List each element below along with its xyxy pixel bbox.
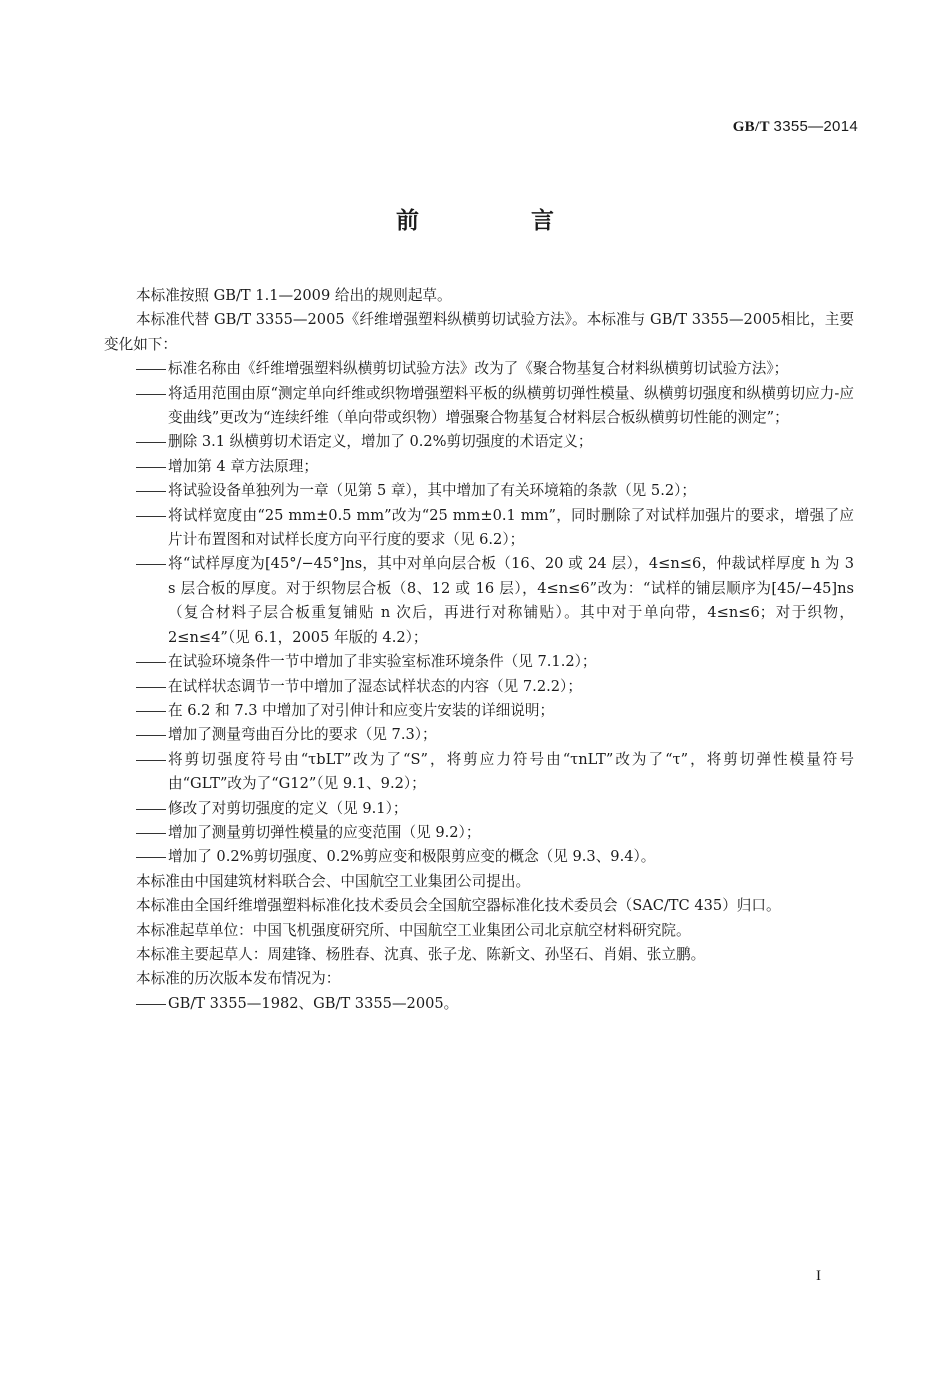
list-item: 增加第 4 章方法原理；: [104, 455, 854, 479]
standard-prefix: GB/T: [733, 119, 770, 135]
page-number: I: [816, 1268, 821, 1285]
list-item: 增加了测量弯曲百分比的要求（见 7.3）；: [104, 723, 854, 747]
list-item: 将“试样厚度为[45°/−45°]ns，其中对单向层合板（16、20 或 24 …: [104, 552, 854, 650]
paragraph: 本标准主要起草人：周建锋、杨胜春、沈真、张子龙、陈新文、孙坚石、肖娟、张立鹏。: [104, 943, 854, 967]
list-item: 将适用范围由原“测定单向纤维或织物增强塑料平板的纵横剪切弹性模量、纵横剪切强度和…: [104, 382, 854, 431]
paragraph: 本标准代替 GB/T 3355—2005《纤维增强塑料纵横剪切试验方法》。本标准…: [104, 308, 854, 357]
list-item: 删除 3.1 纵横剪切术语定义，增加了 0.2%剪切强度的术语定义；: [104, 430, 854, 454]
list-item: 将试样宽度由“25 mm±0.5 mm”改为“25 mm±0.1 mm”，同时删…: [104, 504, 854, 553]
list-item: 将剪切强度符号由“τbLT”改为了“S”，将剪应力符号由“τnLT”改为了“τ”…: [104, 748, 854, 797]
list-item: GB/T 3355—1982、GB/T 3355—2005。: [104, 992, 854, 1016]
list-item: 在试验环境条件一节中增加了非实验室标准环境条件（见 7.1.2）；: [104, 650, 854, 674]
paragraph: 本标准由全国纤维增强塑料标准化技术委员会全国航空器标准化技术委员会（SAC/TC…: [104, 894, 854, 918]
list-item: 标准名称由《纤维增强塑料纵横剪切试验方法》改为了《聚合物基复合材料纵横剪切试验方…: [104, 357, 854, 381]
paragraph: 本标准起草单位：中国飞机强度研究所、中国航空工业集团公司北京航空材料研究院。: [104, 919, 854, 943]
list-item: 在试样状态调节一节中增加了湿态试样状态的内容（见 7.2.2）；: [104, 675, 854, 699]
paragraph: 本标准由中国建筑材料联合会、中国航空工业集团公司提出。: [104, 870, 854, 894]
paragraph: 本标准的历次版本发布情况为：: [104, 967, 854, 991]
list-item: 在 6.2 和 7.3 中增加了对引伸计和应变片安装的详细说明；: [104, 699, 854, 723]
list-item: 将试验设备单独列为一章（见第 5 章），其中增加了有关环境箱的条款（见 5.2）…: [104, 479, 854, 503]
standard-code: GB/T 3355—2014: [733, 118, 858, 136]
foreword-body: 本标准按照 GB/T 1.1—2009 给出的规则起草。 本标准代替 GB/T …: [104, 284, 854, 1016]
list-item: 修改了对剪切强度的定义（见 9.1）；: [104, 797, 854, 821]
paragraph: 本标准按照 GB/T 1.1—2009 给出的规则起草。: [104, 284, 854, 308]
standard-number: 3355—2014: [774, 118, 858, 135]
page-title: 前 言: [0, 202, 950, 235]
list-item: 增加了测量剪切弹性模量的应变范围（见 9.2）；: [104, 821, 854, 845]
list-item: 增加了 0.2%剪切强度、0.2%剪应变和极限剪应变的概念（见 9.3、9.4）…: [104, 845, 854, 869]
